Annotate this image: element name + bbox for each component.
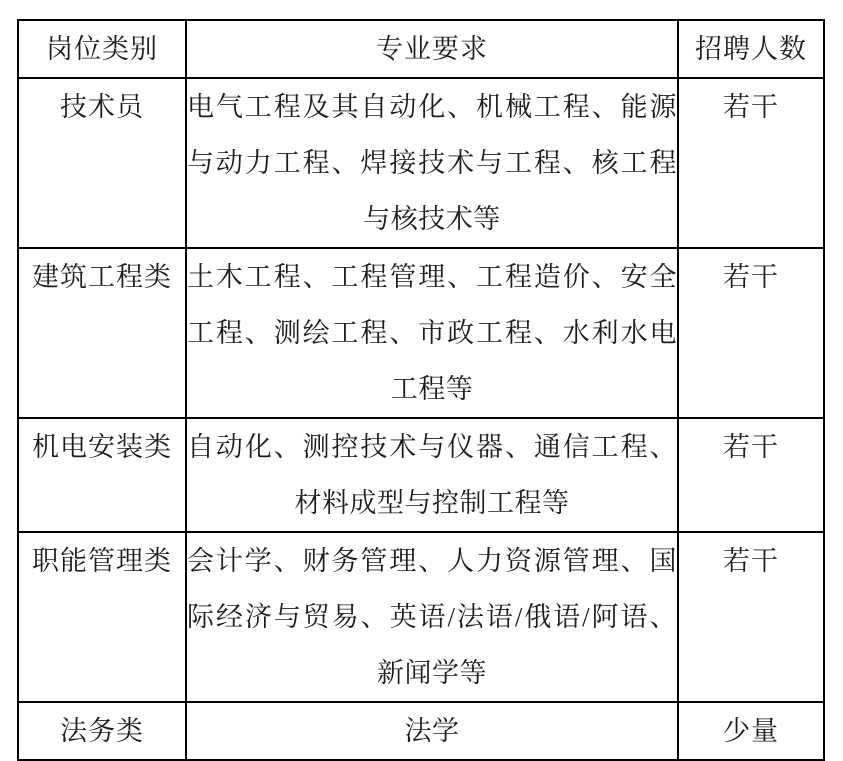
category-label: 机电安装类 (19, 419, 185, 475)
count-label: 若干 (679, 533, 823, 589)
category-cell: 技术员 (18, 78, 186, 248)
category-label: 法务类 (19, 703, 185, 759)
requirement-cell: 电气工程及其自动化、机械工程、能源 与动力工程、焊接技术与工程、核工程 与核技术… (186, 78, 678, 248)
category-cell: 机电安装类 (18, 418, 186, 532)
recruitment-table: 岗位类别 专业要求 招聘人数 技术员 电气工程及其自动化、机械工程、能源 与动力… (17, 19, 825, 761)
category-label: 职能管理类 (19, 533, 185, 589)
header-cell-major: 专业要求 (186, 20, 678, 78)
count-cell: 若干 (678, 532, 824, 702)
table-row-management: 职能管理类 会计学、财务管理、人力资源管理、国 际经济与贸易、英语/法语/俄语/… (18, 532, 824, 702)
requirement-line: 电气工程及其自动化、机械工程、能源 (187, 79, 677, 135)
count-cell: 若干 (678, 78, 824, 248)
category-label: 建筑工程类 (19, 249, 185, 305)
requirement-line: 土木工程、工程管理、工程造价、安全 (187, 249, 677, 305)
header-category-label: 岗位类别 (19, 21, 185, 77)
header-cell-category: 岗位类别 (18, 20, 186, 78)
requirement-cell: 自动化、测控技术与仪器、通信工程、 材料成型与控制工程等 (186, 418, 678, 532)
count-label: 少量 (679, 703, 823, 759)
recruitment-table-container: 岗位类别 专业要求 招聘人数 技术员 电气工程及其自动化、机械工程、能源 与动力… (17, 19, 823, 761)
category-label: 技术员 (19, 79, 185, 135)
requirement-line: 新闻学等 (187, 645, 677, 701)
count-cell: 若干 (678, 418, 824, 532)
requirement-cell: 会计学、财务管理、人力资源管理、国 际经济与贸易、英语/法语/俄语/阿语、 新闻… (186, 532, 678, 702)
requirement-line: 自动化、测控技术与仪器、通信工程、 (187, 419, 677, 475)
table-row-electromechanical: 机电安装类 自动化、测控技术与仪器、通信工程、 材料成型与控制工程等 若干 (18, 418, 824, 532)
header-cell-count: 招聘人数 (678, 20, 824, 78)
requirement-line: 会计学、财务管理、人力资源管理、国 (187, 533, 677, 589)
requirement-line: 际经济与贸易、英语/法语/俄语/阿语、 (187, 589, 677, 645)
category-cell: 职能管理类 (18, 532, 186, 702)
requirement-line: 工程等 (187, 361, 677, 417)
table-row-construction: 建筑工程类 土木工程、工程管理、工程造价、安全 工程、测绘工程、市政工程、水利水… (18, 248, 824, 418)
requirement-cell: 土木工程、工程管理、工程造价、安全 工程、测绘工程、市政工程、水利水电 工程等 (186, 248, 678, 418)
requirement-cell: 法学 (186, 702, 678, 760)
requirement-line: 工程、测绘工程、市政工程、水利水电 (187, 305, 677, 361)
category-cell: 法务类 (18, 702, 186, 760)
table-row-technician: 技术员 电气工程及其自动化、机械工程、能源 与动力工程、焊接技术与工程、核工程 … (18, 78, 824, 248)
count-label: 若干 (679, 79, 823, 135)
header-row: 岗位类别 专业要求 招聘人数 (18, 20, 824, 78)
header-major-label: 专业要求 (187, 21, 677, 77)
count-label: 若干 (679, 419, 823, 475)
count-label: 若干 (679, 249, 823, 305)
requirement-line: 材料成型与控制工程等 (187, 475, 677, 531)
header-count-label: 招聘人数 (679, 21, 823, 77)
count-cell: 少量 (678, 702, 824, 760)
category-cell: 建筑工程类 (18, 248, 186, 418)
count-cell: 若干 (678, 248, 824, 418)
requirement-line: 与核技术等 (187, 191, 677, 247)
table-row-legal: 法务类 法学 少量 (18, 702, 824, 760)
requirement-line: 法学 (187, 703, 677, 759)
requirement-line: 与动力工程、焊接技术与工程、核工程 (187, 135, 677, 191)
